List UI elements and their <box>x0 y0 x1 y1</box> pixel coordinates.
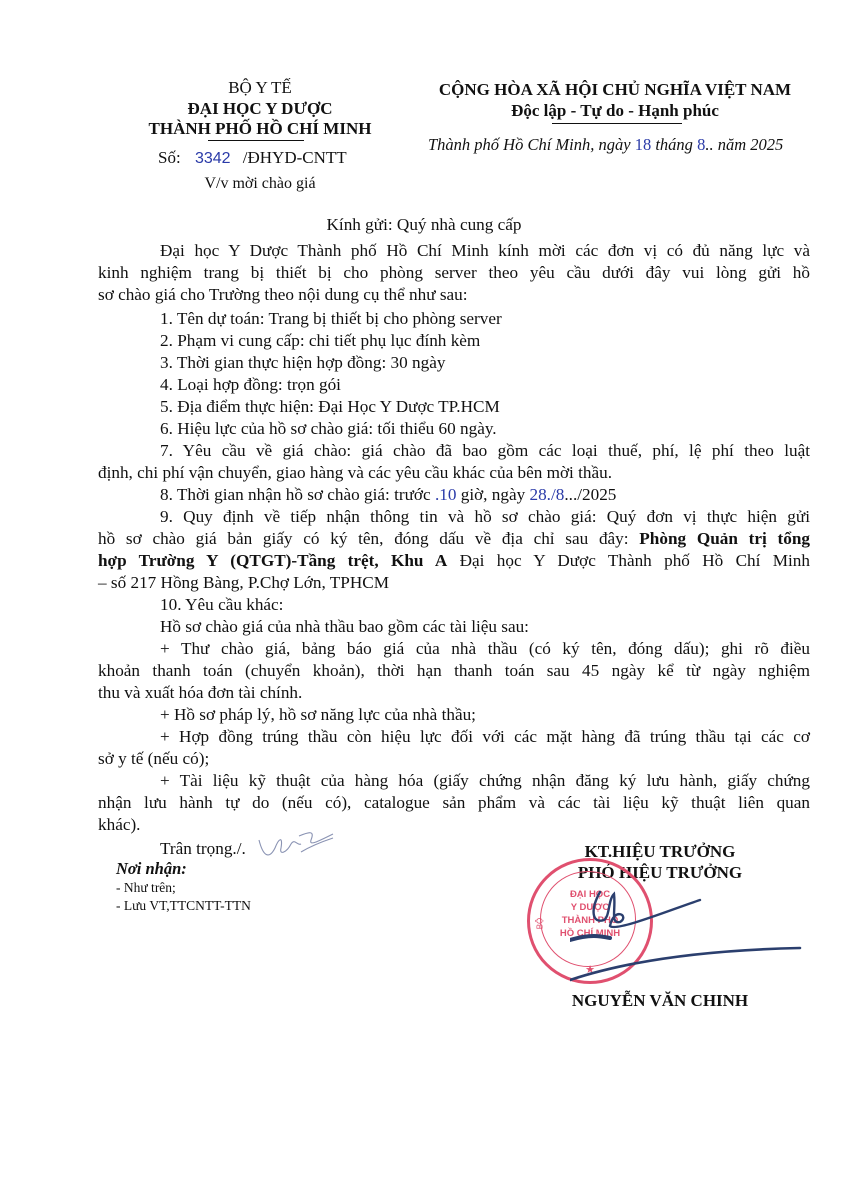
deadline-suffix: .../2025 <box>564 485 616 504</box>
intro-line-1: Đại học Y Dược Thành phố Hồ Chí Minh kín… <box>98 240 810 261</box>
header-left-underline <box>208 140 304 141</box>
deadline-hour: .10 <box>435 485 456 504</box>
item-9-line-3-text: Đại học Y Dược Thành phố Hồ Chí Minh <box>447 551 810 570</box>
signer-title-1: KT.HIỆU TRƯỞNG <box>520 842 800 862</box>
closing: Trân trọng./. <box>160 838 246 859</box>
salutation: Kính gửi: Quý nhà cung cấp <box>0 214 848 235</box>
bullet-1-line-1: + Thư chào giá, bảng báo giá của nhà thầ… <box>98 638 810 659</box>
org-name-line1: ĐẠI HỌC Y DƯỢC <box>140 99 380 119</box>
number-suffix: /ĐHYD-CNTT <box>243 148 347 167</box>
stamp-side-text: BỘ <box>535 918 544 930</box>
document-date: Thành phố Hồ Chí Minh, ngày 18 tháng 8..… <box>428 135 783 155</box>
bullet-4-line-3: khác). <box>98 814 810 835</box>
nation-title: CỘNG HÒA XÃ HỘI CHỦ NGHĨA VIỆT NAM <box>420 80 810 100</box>
date-prefix: Thành phố Hồ Chí Minh, ngày <box>428 135 635 154</box>
deadline-day: 28./ <box>529 485 555 504</box>
item-10-intro: Hồ sơ chào giá của nhà thầu bao gồm các … <box>160 616 529 637</box>
address-bold-2: hợp Trường Y (QTGT)-Tầng trệt, Khu A <box>98 551 447 570</box>
item-5: 5. Địa điểm thực hiện: Đại Học Y Dược TP… <box>160 396 500 417</box>
nation-motto: Độc lập - Tự do - Hạnh phúc <box>420 101 810 121</box>
initial-signature <box>255 826 335 862</box>
item-9-line-2-text: hồ sơ chào giá bản giấy có ký tên, đóng … <box>98 529 639 548</box>
item-10: 10. Yêu cầu khác: <box>160 594 283 615</box>
item-8-prefix: 8. Thời gian nhận hồ sơ chào giá: trước <box>160 485 435 504</box>
date-day: 18 <box>635 135 652 154</box>
address-bold-1: Phòng Quản trị tổng <box>639 529 810 548</box>
number-label: Số: <box>158 148 181 167</box>
intro-line-3: sơ chào giá cho Trường theo nội dung cụ … <box>98 284 810 305</box>
header-right-underline <box>552 123 682 124</box>
signer-name: NGUYỄN VĂN CHINH <box>520 991 800 1011</box>
bullet-1-line-3: thu và xuất hóa đơn tài chính. <box>98 682 810 703</box>
item-7-line-2: định, chi phí vận chuyển, giao hàng và c… <box>98 462 810 483</box>
item-3: 3. Thời gian thực hiện hợp đồng: 30 ngày <box>160 352 445 373</box>
bullet-2: + Hồ sơ pháp lý, hồ sơ năng lực của nhà … <box>160 704 476 725</box>
item-8: 8. Thời gian nhận hồ sơ chào giá: trước … <box>160 484 616 505</box>
recipients-title: Nơi nhận: <box>116 859 187 879</box>
ministry-name: BỘ Y TẾ <box>140 78 380 98</box>
subject-line: V/v mời chào giá <box>140 175 380 193</box>
date-suffix: .. năm 2025 <box>705 135 783 154</box>
item-9-line-4: – số 217 Hồng Bàng, P.Chợ Lớn, TPHCM <box>98 572 810 593</box>
item-6: 6. Hiệu lực của hồ sơ chào giá: tối thiể… <box>160 418 497 439</box>
item-8-mid: giờ, ngày <box>456 485 529 504</box>
item-9-line-3: hợp Trường Y (QTGT)-Tầng trệt, Khu A Đại… <box>98 550 810 571</box>
recipient-line-2: - Lưu VT,TTCNTT-TTN <box>116 898 251 914</box>
item-7-line-1: 7. Yêu cầu về giá chào: giá chào đã bao … <box>98 440 810 461</box>
intro-line-2: kinh nghiệm trang bị thiết bị cho phòng … <box>98 262 810 283</box>
bullet-1-line-2: khoản thanh toán (chuyển khoản), thời hạ… <box>98 660 810 681</box>
bullet-4-line-1: + Tài liệu kỹ thuật của hàng hóa (giấy c… <box>98 770 810 791</box>
item-2: 2. Phạm vi cung cấp: chi tiết phụ lục đí… <box>160 330 480 351</box>
item-9-line-1: 9. Quy định về tiếp nhận thông tin và hồ… <box>98 506 810 527</box>
document-number: Số: 3342 /ĐHYD-CNTT <box>158 148 347 168</box>
bullet-3-line-1: + Hợp đồng trúng thầu còn hiệu lực đối v… <box>98 726 810 747</box>
item-9-line-2: hồ sơ chào giá bản giấy có ký tên, đóng … <box>98 528 810 549</box>
item-4: 4. Loại hợp đồng: trọn gói <box>160 374 341 395</box>
director-signature <box>570 880 810 1000</box>
org-name-line2: THÀNH PHỐ HỒ CHÍ MINH <box>140 119 380 139</box>
bullet-3-line-2: sở y tế (nếu có); <box>98 748 810 769</box>
bullet-4-line-2: nhận lưu hành tự do (nếu có), catalogue … <box>98 792 810 813</box>
date-mid: tháng <box>651 135 697 154</box>
recipient-line-1: - Như trên; <box>116 880 176 896</box>
item-1: 1. Tên dự toán: Trang bị thiết bị cho ph… <box>160 308 502 329</box>
number-value: 3342 <box>195 150 231 167</box>
